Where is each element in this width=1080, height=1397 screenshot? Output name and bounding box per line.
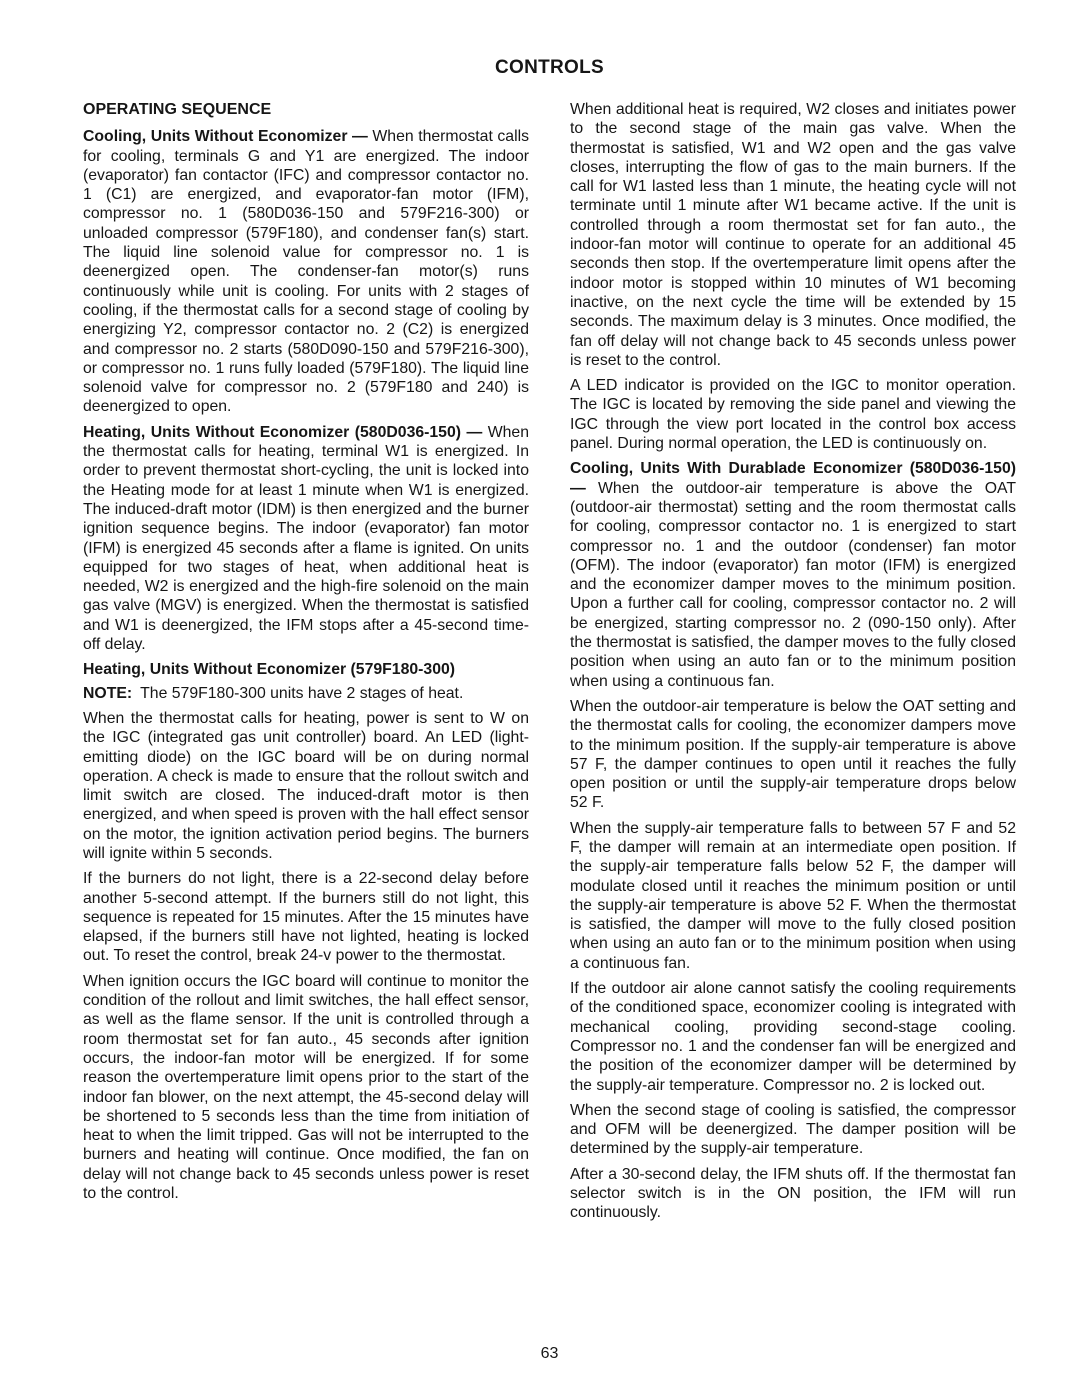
paragraph-ignition-sequence: When the thermostat calls for heating, p… <box>83 709 529 863</box>
paragraph-30-second-delay: After a 30-second delay, the IFM shuts o… <box>570 1165 1016 1223</box>
paragraph-led-indicator: A LED indicator is provided on the IGC t… <box>570 376 1016 453</box>
paragraph-additional-heat: When additional heat is required, W2 clo… <box>570 100 1016 370</box>
section-heading-operating-sequence: OPERATING SEQUENCE <box>83 100 529 119</box>
paragraph-cooling-without-economizer: Cooling, Units Without Economizer — When… <box>83 127 529 416</box>
note-label: NOTE: <box>83 685 132 702</box>
left-column: OPERATING SEQUENCE Cooling, Units Withou… <box>83 100 529 1229</box>
paragraph-second-stage-satisfied: When the second stage of cooling is sati… <box>570 1101 1016 1159</box>
page-content: CONTROLS OPERATING SEQUENCE Cooling, Uni… <box>83 58 1016 1229</box>
paragraph-below-oat-setting: When the outdoor-air temperature is belo… <box>570 697 1016 813</box>
paragraph-lead: Cooling, Units Without Economizer — <box>83 128 372 145</box>
paragraph-body: When the thermostat calls for heating, t… <box>83 424 529 653</box>
paragraph-body: When the outdoor-air temperature is abov… <box>570 480 1016 690</box>
manual-page: CONTROLS OPERATING SEQUENCE Cooling, Uni… <box>0 0 1080 1397</box>
paragraph-body: When thermostat calls for cooling, termi… <box>83 128 529 415</box>
paragraph-burners-do-not-light: If the burners do not light, there is a … <box>83 869 529 965</box>
paragraph-ignition-monitoring: When ignition occurs the IGC board will … <box>83 972 529 1204</box>
paragraph-supply-air-falls: When the supply-air temperature falls to… <box>570 819 1016 973</box>
paragraph-outdoor-air-alone: If the outdoor air alone cannot satisfy … <box>570 979 1016 1095</box>
page-title: CONTROLS <box>83 58 1016 78</box>
sub-heading-heating-without-economizer-579: Heating, Units Without Economizer (579F1… <box>83 660 529 679</box>
page-number: 63 <box>83 1344 1016 1363</box>
paragraph-note: NOTE:The 579F180-300 units have 2 stages… <box>83 684 529 703</box>
paragraph-cooling-durablade-economizer: Cooling, Units With Durablade Economizer… <box>570 459 1016 691</box>
right-column: When additional heat is required, W2 clo… <box>570 100 1016 1229</box>
two-column-layout: OPERATING SEQUENCE Cooling, Units Withou… <box>83 100 1016 1229</box>
paragraph-lead: Heating, Units Without Economizer (580D0… <box>83 424 488 441</box>
paragraph-heating-without-economizer-580: Heating, Units Without Economizer (580D0… <box>83 423 529 655</box>
note-body: The 579F180-300 units have 2 stages of h… <box>140 685 463 702</box>
